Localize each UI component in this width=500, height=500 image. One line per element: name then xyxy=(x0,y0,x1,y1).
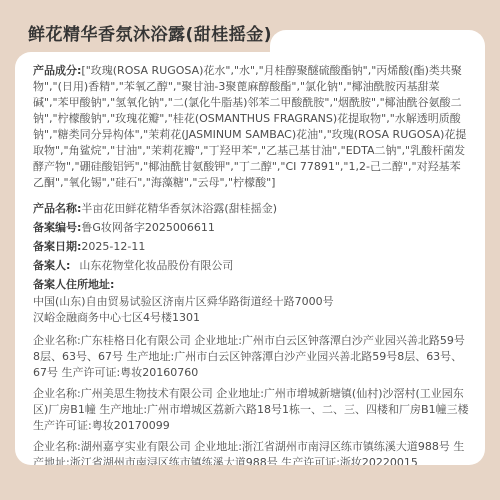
product-name-value: 半亩花田鲜花精华香氛沐浴露(甜桂摇金) xyxy=(81,202,277,215)
company-entry-1: 企业名称:广东桂格日化有限公司 企业地址:广州市白云区钟落潭白沙产业园兴善北路5… xyxy=(33,333,469,381)
ingredients-paragraph: 产品成分:["玫瑰(ROSA RUGOSA)花水","水","月桂醇聚醚硫酸酯钠… xyxy=(33,63,469,191)
registrant-value: 山东花物堂化妆品股份有限公司 xyxy=(79,259,233,272)
company-entry-2: 企业名称:广州美思生物技术有限公司 企业地址:广州市增城新塘镇(仙村)沙滘村(工… xyxy=(33,386,469,434)
ingredients-label: 产品成分: xyxy=(33,64,81,77)
filing-date-row: 备案日期:2025-12-11 xyxy=(33,237,469,256)
product-name-label: 产品名称: xyxy=(33,202,81,215)
companies-section: 企业名称:广东桂格日化有限公司 企业地址:广州市白云区钟落潭白沙产业园兴善北路5… xyxy=(33,333,469,465)
filing-number-label: 备案编号: xyxy=(33,221,81,234)
product-info-page: 鲜花精华香氛沐浴露(甜桂摇金) 产品成分:["玫瑰(ROSA RUGOSA)花水… xyxy=(0,0,500,500)
company-entry-3: 企业名称:湖州嘉亨实业有限公司 企业地址:浙江省湖州市南浔区练市镇练溪大道988… xyxy=(33,439,469,465)
registrant-address-line-1: 中国(山东)自由贸易试验区济南片区舜华路街道经十路7000号 xyxy=(33,294,469,310)
filing-date-value: 2025-12-11 xyxy=(81,240,145,253)
filing-number-value: 鲁G妆网备字2025006611 xyxy=(81,221,215,234)
registrant-label: 备案人: xyxy=(33,259,70,272)
info-card: 产品成分:["玫瑰(ROSA RUGOSA)花水","水","月桂醇聚醚硫酸酯钠… xyxy=(15,52,485,465)
registration-section: 产品名称:半亩花田鲜花精华香氛沐浴露(甜桂摇金) 备案编号:鲁G妆网备字2025… xyxy=(33,199,469,325)
ingredients-value: ["玫瑰(ROSA RUGOSA)花水","水","月桂醇聚醚硫酸酯钠","丙烯… xyxy=(33,64,466,189)
filing-number-row: 备案编号:鲁G妆网备字2025006611 xyxy=(33,218,469,237)
product-name-row: 产品名称:半亩花田鲜花精华香氛沐浴露(甜桂摇金) xyxy=(33,199,469,218)
registrant-address-line-2: 汉峪金融商务中心七区4号楼1301 xyxy=(33,310,469,326)
registrant-address-label: 备案人住所地址: xyxy=(33,275,469,294)
page-title: 鲜花精华香氛沐浴露(甜桂摇金) xyxy=(28,20,272,45)
registrant-row: 备案人:山东花物堂化妆品股份有限公司 xyxy=(33,256,469,275)
filing-date-label: 备案日期: xyxy=(33,240,81,253)
